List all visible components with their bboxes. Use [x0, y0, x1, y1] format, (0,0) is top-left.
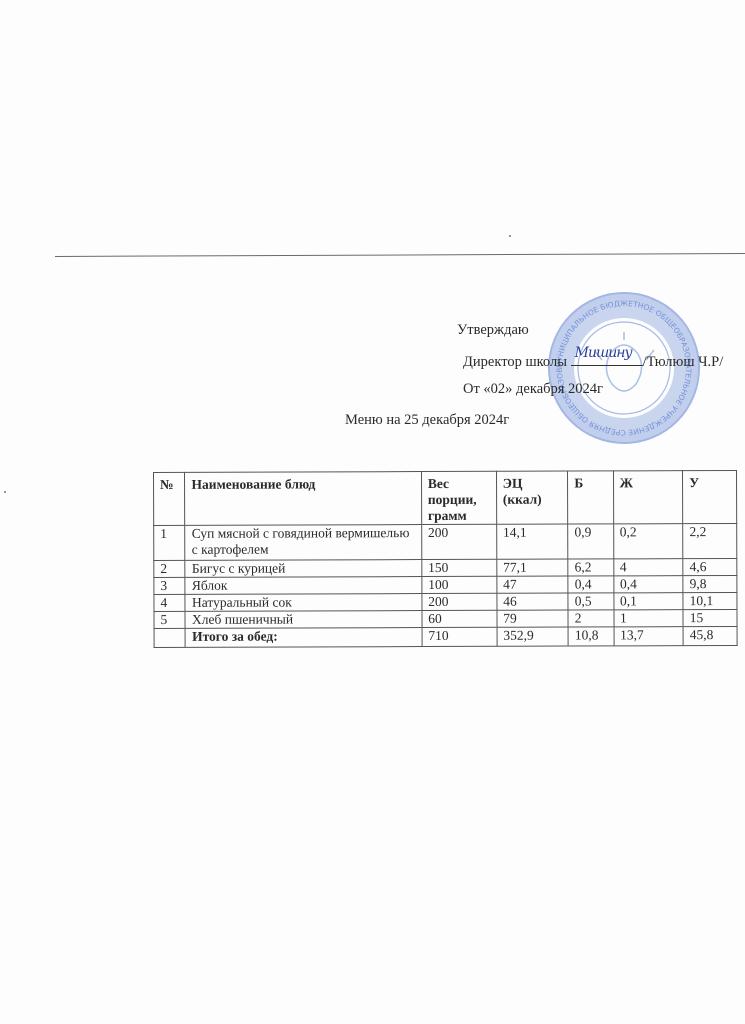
- table-row: 4 Натуральный сок 200 46 0,5 0,1 10,1: [154, 592, 737, 611]
- header-number: №: [154, 472, 186, 525]
- total-fat: 13,7: [614, 627, 684, 646]
- scan-speck: [4, 491, 6, 493]
- header-energy: ЭЦ (ккал): [496, 471, 568, 524]
- cell-carbs: 10,1: [683, 592, 737, 609]
- cell-protein: 2: [568, 610, 613, 627]
- total-protein: 10,8: [568, 627, 613, 646]
- director-line: Директор школы Мишину/Тюлюш Ч.Р/: [463, 351, 723, 371]
- cell-dish-name: Натуральный сок: [185, 594, 421, 612]
- approve-label: Утверждаю: [457, 322, 529, 339]
- header-weight: Вес порции, грамм: [421, 471, 496, 524]
- table-row: 3 Яблок 100 47 0,4 0,4 9,8: [154, 575, 737, 594]
- cell-weight: 200: [422, 593, 497, 610]
- table-total-row: Итого за обед: 710 352,9 10,8 13,7 45,8: [154, 626, 737, 647]
- menu-table: № Наименование блюд Вес порции, грамм ЭЦ…: [153, 470, 738, 648]
- cell-dish-name: Бигус с курицей: [185, 560, 421, 578]
- horizontal-rule: [55, 253, 745, 257]
- cell-number: 5: [154, 611, 186, 628]
- header-carbs: У: [683, 470, 737, 523]
- cell-energy: 79: [497, 610, 569, 627]
- cell-fat: 4: [613, 559, 683, 576]
- signature-line: Мишину: [571, 351, 643, 366]
- cell-weight: 60: [422, 610, 497, 627]
- header-protein: Б: [568, 471, 613, 524]
- cell-fat: 0,1: [613, 593, 683, 610]
- cell-number: 1: [154, 525, 186, 560]
- cell-carbs: 4,6: [683, 558, 737, 575]
- menu-title: Меню на 25 декабря 2024г: [345, 412, 509, 429]
- total-carbs: 45,8: [683, 626, 737, 645]
- approval-date: От «02» декабря 2024г: [463, 381, 603, 398]
- cell-fat: 0,2: [613, 524, 683, 559]
- cell-weight: 150: [422, 559, 497, 576]
- cell-fat: 1: [614, 610, 684, 627]
- cell-fat: 0,4: [613, 576, 683, 593]
- cell-weight: 100: [422, 576, 497, 593]
- signature: Мишину: [575, 345, 632, 361]
- cell-carbs: 15: [683, 609, 737, 626]
- total-label: Итого за обед:: [186, 628, 422, 648]
- table-row: 2 Бигус с курицей 150 77,1 6,2 4 4,6: [154, 558, 737, 577]
- cell-protein: 6,2: [568, 559, 613, 576]
- total-energy: 352,9: [497, 627, 569, 646]
- scan-speck: [509, 235, 511, 237]
- cell-protein: 0,4: [568, 576, 613, 593]
- cell-energy: 14,1: [496, 524, 568, 559]
- cell-number: 4: [154, 594, 186, 611]
- director-name: /Тюлюш Ч.Р/: [643, 354, 724, 370]
- table-row: 1 Суп мясной с говядиной вермишелью с ка…: [154, 523, 737, 560]
- cell-dish-name: Яблок: [185, 577, 421, 595]
- cell-carbs: 9,8: [683, 575, 737, 592]
- total-weight: 710: [422, 627, 497, 646]
- cell-energy: 77,1: [497, 559, 569, 576]
- cell-number: 2: [154, 560, 186, 577]
- header-dish-name: Наименование блюд: [185, 472, 421, 526]
- cell-dish-name: Хлеб пшеничный: [185, 611, 421, 629]
- cell-energy: 46: [497, 593, 569, 610]
- cell-dish-name: Суп мясной с говядиной вермишелью с карт…: [185, 525, 421, 561]
- cell-number-empty: [154, 628, 186, 647]
- cell-carbs: 2,2: [683, 523, 737, 558]
- cell-protein: 0,5: [568, 593, 613, 610]
- header-fat: Ж: [613, 471, 683, 524]
- cell-weight: 200: [421, 524, 496, 559]
- director-label: Директор школы: [463, 354, 567, 370]
- cell-energy: 47: [497, 576, 569, 593]
- cell-number: 3: [154, 577, 186, 594]
- table-row: 5 Хлеб пшеничный 60 79 2 1 15: [154, 609, 737, 628]
- table-header-row: № Наименование блюд Вес порции, грамм ЭЦ…: [154, 470, 737, 525]
- cell-protein: 0,9: [568, 524, 613, 559]
